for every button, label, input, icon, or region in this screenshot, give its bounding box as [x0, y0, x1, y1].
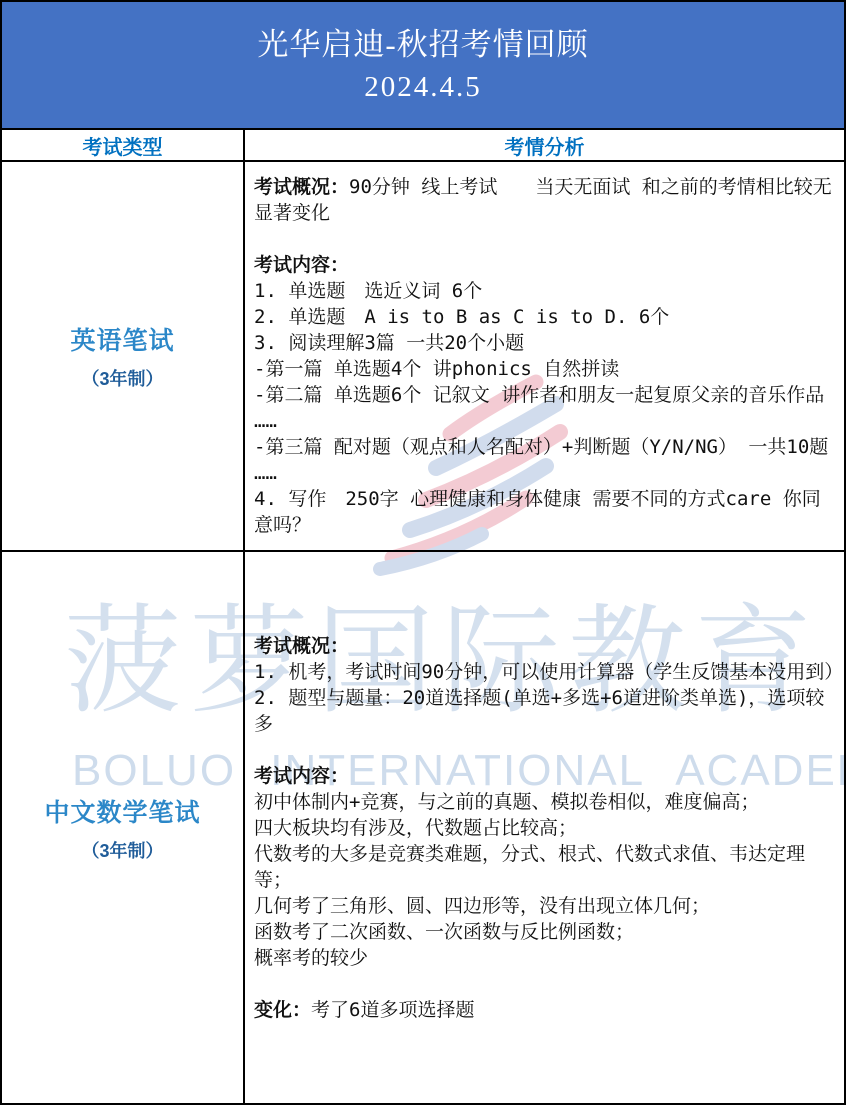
analysis-line: 4. 写作 250字 心理健康和身体健康 需要不同的方式care 你同意吗？ [254, 486, 838, 538]
analysis-line [254, 737, 838, 763]
banner: 光华启迪-秋招考情回顾 2024.4.5 [2, 2, 844, 130]
table-header-row: 考试类型 考情分析 [2, 130, 844, 162]
analysis-line: 1. 单选题 选近义词 6个 [254, 278, 838, 304]
page: 菠萝国际教育 BOLUO INTERNATIONAL ACADEMY 光华启迪-… [0, 0, 846, 1105]
exam-system-label: （3年制） [81, 365, 163, 391]
exam-system-label: （3年制） [81, 837, 163, 863]
analysis-line: 几何考了三角形、圆、四边形等，没有出现立体几何； [254, 893, 838, 919]
exam-analysis-cell: 考试概况：90分钟 线上考试 当天无面试 和之前的考情相比较无显著变化 考试内容… [245, 162, 844, 550]
table-row: 中文数学笔试 （3年制） 考试概况：1. 机考，考试时间90分钟，可以使用计算器… [2, 552, 844, 1103]
analysis-line: 考试概况： [254, 633, 838, 659]
report-date: 2024.4.5 [364, 71, 482, 104]
column-header-exam-type: 考试类型 [2, 130, 245, 160]
analysis-line: 考试内容： [254, 763, 838, 789]
analysis-line: -第三篇 配对题（观点和人名配对）+判断题（Y/N/NG） 一共10题 …… [254, 434, 838, 486]
exam-type-cell: 英语笔试 （3年制） [2, 162, 245, 550]
page-title: 光华启迪-秋招考情回顾 [257, 26, 588, 63]
analysis-line: 2. 单选题 A is to B as C is to D. 6个 [254, 304, 838, 330]
exam-type-cell: 中文数学笔试 （3年制） [2, 552, 245, 1103]
analysis-line: 1. 机考，考试时间90分钟，可以使用计算器（学生反馈基本没用到） [254, 659, 838, 685]
analysis-line: 2. 题型与题量：20道选择题(单选+多选+6道进阶类单选)，选项较多 [254, 685, 838, 737]
analysis-line: 初中体制内+竞赛，与之前的真题、模拟卷相似，难度偏高； [254, 789, 838, 815]
analysis-line: 概率考的较少 [254, 945, 838, 971]
exam-type-label: 中文数学笔试 [44, 793, 200, 829]
exam-analysis-cell: 考试概况：1. 机考，考试时间90分钟，可以使用计算器（学生反馈基本没用到）2.… [245, 552, 844, 1103]
report-table: 光华启迪-秋招考情回顾 2024.4.5 考试类型 考情分析 英语笔试 （3年制… [2, 2, 844, 1103]
analysis-line [254, 226, 838, 252]
analysis-line: 代数考的大多是竞赛类难题，分式、根式、代数式求值、韦达定理等； [254, 841, 838, 893]
column-header-exam-analysis: 考情分析 [245, 130, 844, 160]
analysis-line: 考试概况：90分钟 线上考试 当天无面试 和之前的考情相比较无显著变化 [254, 174, 838, 226]
analysis-line: 3. 阅读理解3篇 一共20个小题 [254, 330, 838, 356]
analysis-line: -第二篇 单选题6个 记叙文 讲作者和朋友一起复原父亲的音乐作品 …… [254, 382, 838, 434]
analysis-line: 考试内容： [254, 252, 838, 278]
table-row: 英语笔试 （3年制） 考试概况：90分钟 线上考试 当天无面试 和之前的考情相比… [2, 162, 844, 552]
exam-type-label: 英语笔试 [70, 321, 174, 357]
analysis-line: 函数考了二次函数、一次函数与反比例函数； [254, 919, 838, 945]
analysis-line: -第一篇 单选题4个 讲phonics 自然拼读 [254, 356, 838, 382]
analysis-line: 变化：考了6道多项选择题 [254, 997, 838, 1023]
analysis-line [254, 971, 838, 997]
analysis-line: 四大板块均有涉及，代数题占比较高； [254, 815, 838, 841]
